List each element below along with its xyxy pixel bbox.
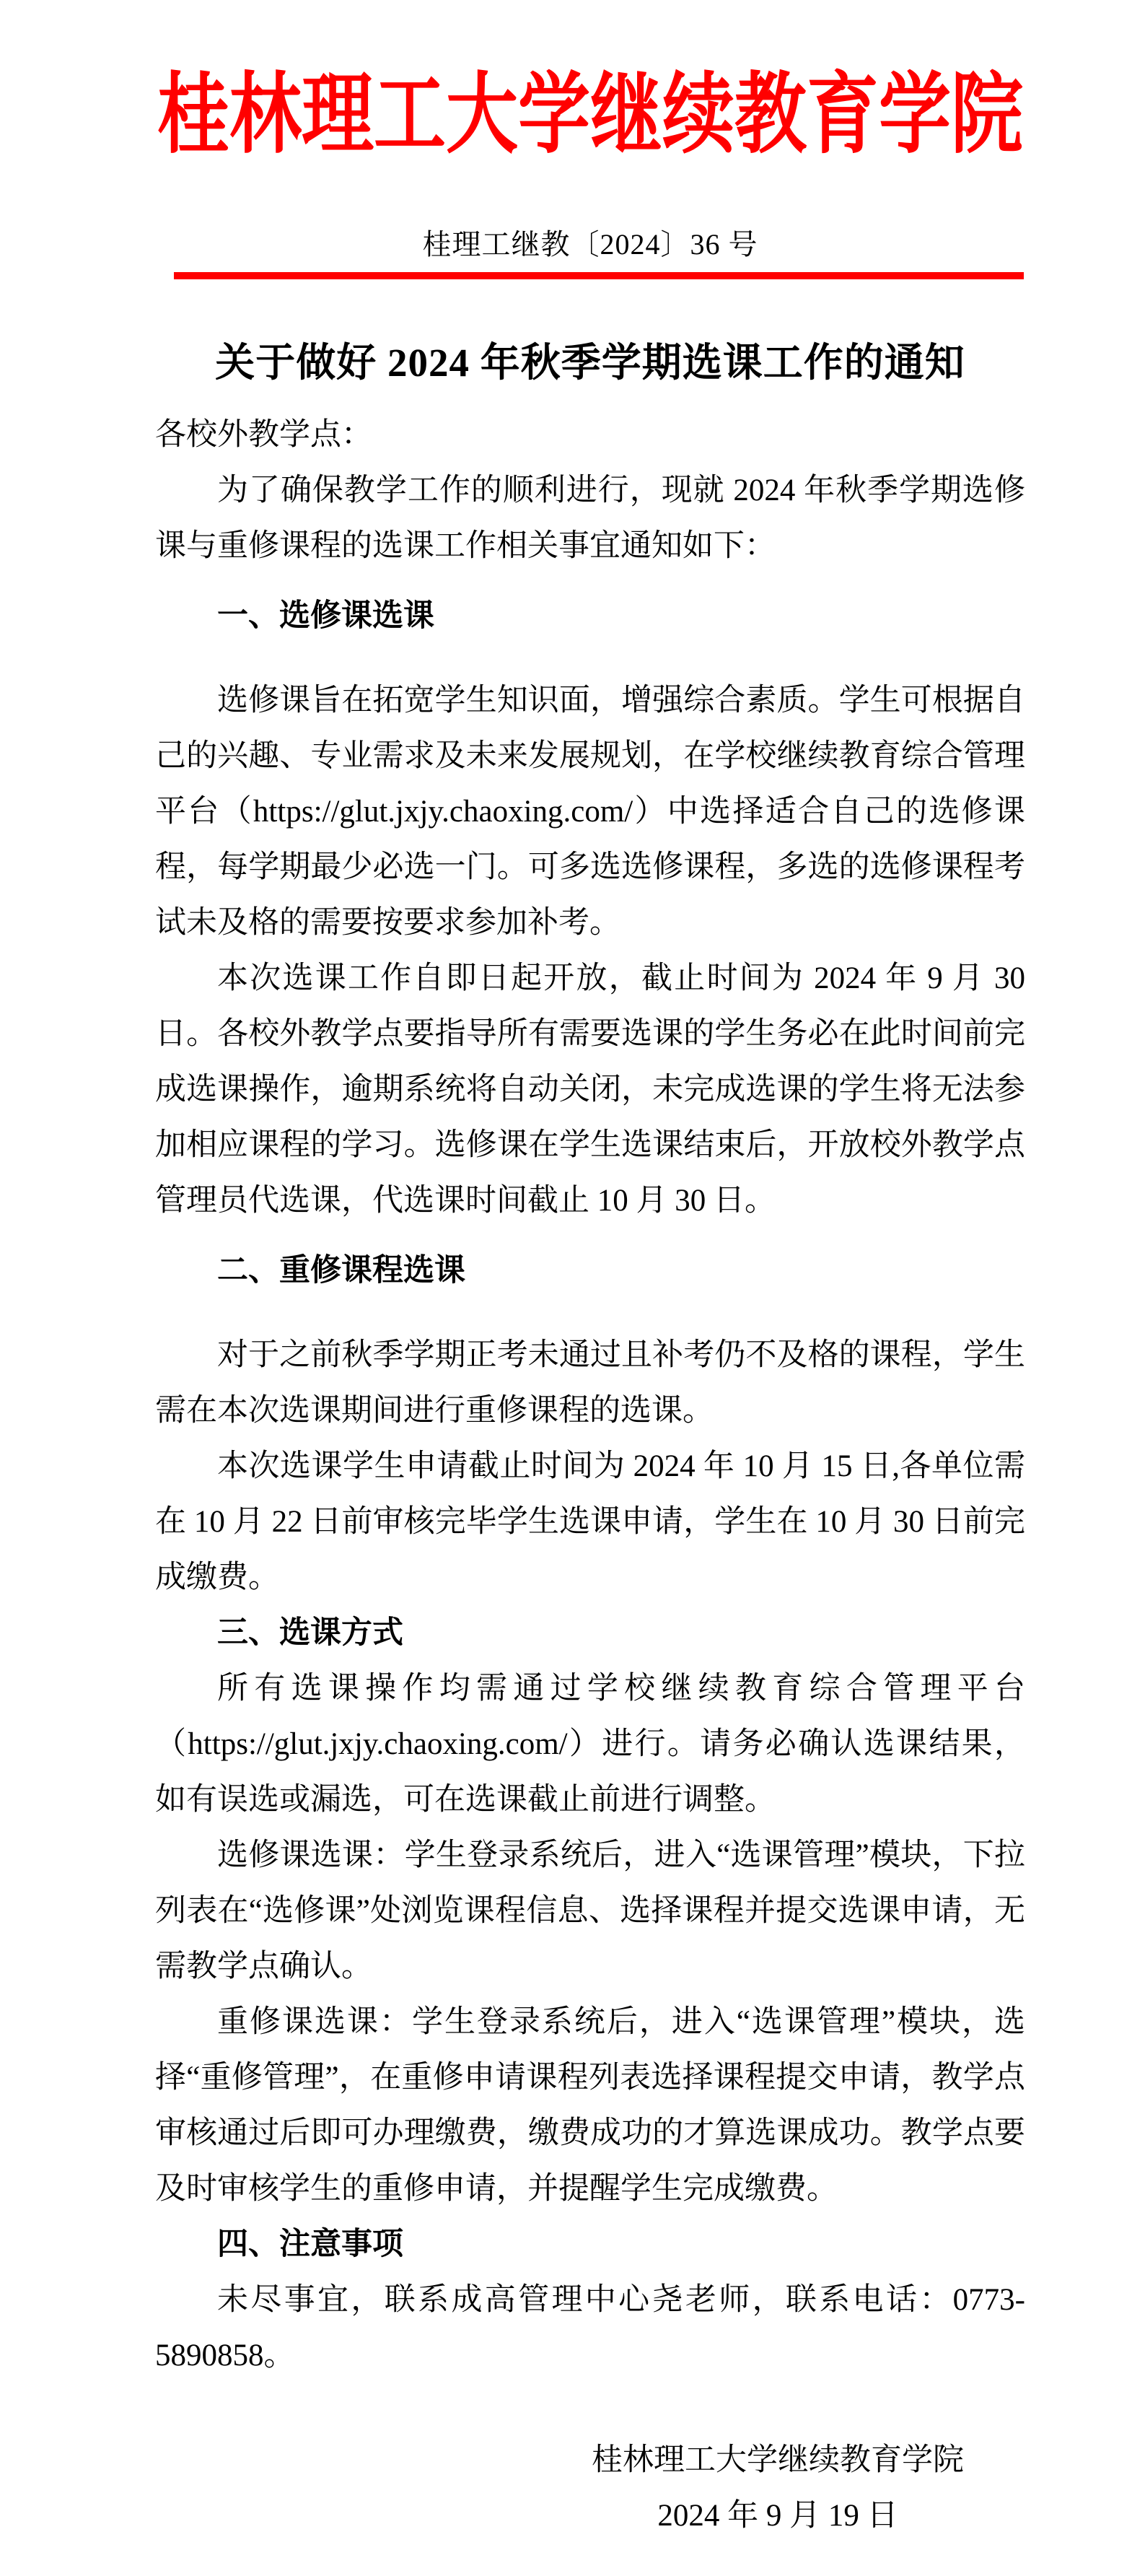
section-1-heading: 一、选修课选课 xyxy=(155,588,1025,644)
intro-paragraph: 为了确保教学工作的顺利进行，现就 2024 年秋季学期选修课与重修课程的选课工作… xyxy=(155,463,1025,574)
section-3-paragraph-2: 选修课选课：学生登录系统后，进入“选课管理”模块，下拉列表在“选修课”处浏览课程… xyxy=(155,1828,1025,1994)
org-title: 桂林理工大学继续教育学院 xyxy=(155,50,1025,182)
section-2-heading: 二、重修课程选课 xyxy=(155,1243,1025,1298)
section-3-paragraph-1: 所有选课操作均需通过学校继续教育综合管理平台（https://glut.jxjy… xyxy=(155,1661,1025,1828)
document-page: 桂林理工大学继续教育学院 桂理工继教〔2024〕36 号 关于做好 2024 年… xyxy=(0,0,1145,2576)
section-3-paragraph-3: 重修课选课：学生登录系统后，进入“选课管理”模块，选择“重修管理”，在重修申请课… xyxy=(155,1994,1025,2217)
notice-title: 关于做好 2024 年秋季学期选课工作的通知 xyxy=(155,337,1025,389)
red-divider xyxy=(174,272,1024,279)
signature-block: 桂林理工大学继续教育学院 2024 年 9 月 19 日 xyxy=(592,2432,964,2544)
section-4-heading: 四、注意事项 xyxy=(155,2217,1025,2272)
section-1-paragraph-2: 本次选课工作自即日起开放，截止时间为 2024 年 9 月 30 日。各校外教学… xyxy=(155,951,1025,1228)
doc-number: 桂理工继教〔2024〕36 号 xyxy=(155,227,1025,262)
section-1-paragraph-1: 选修课旨在拓宽学生知识面，增强综合素质。学生可根据自己的兴趣、专业需求及未来发展… xyxy=(155,673,1025,951)
section-2-paragraph-2: 本次选课学生申请截止时间为 2024 年 10 月 15 日,各单位需在 10 … xyxy=(155,1438,1025,1605)
signature-date: 2024 年 9 月 19 日 xyxy=(592,2488,964,2544)
section-2-paragraph-1: 对于之前秋季学期正考未通过且补考仍不及格的课程，学生需在本次选课期间进行重修课程… xyxy=(155,1327,1025,1438)
section-3-heading: 三、选课方式 xyxy=(155,1605,1025,1661)
section-4-paragraph-1: 未尽事宜，联系成高管理中心尧老师，联系电话：0773-5890858。 xyxy=(155,2272,1025,2383)
salutation: 各校外教学点： xyxy=(155,407,1025,463)
signature-org: 桂林理工大学继续教育学院 xyxy=(592,2432,964,2488)
